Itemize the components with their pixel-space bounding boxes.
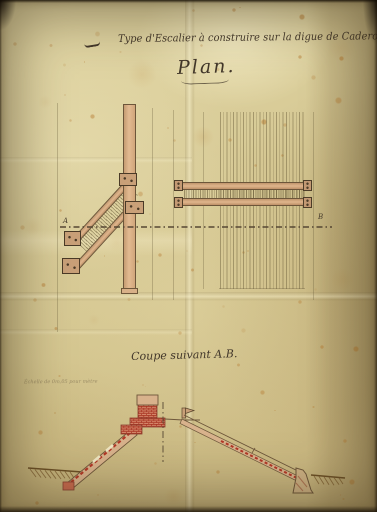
landing-post-plan — [123, 104, 136, 290]
masonry-steps — [221, 441, 301, 480]
photo-edge-left — [0, 0, 2, 512]
stair-foot-block — [63, 482, 74, 490]
hatching-bottom-edge — [219, 288, 305, 289]
beam-end-cap — [174, 197, 183, 208]
axis-label-a: A — [63, 217, 68, 225]
pier-cap-stone — [137, 395, 158, 405]
pencil-guideline — [152, 108, 153, 300]
landing-post-foot — [121, 288, 138, 294]
handrail-beam-lower-plan — [178, 198, 306, 206]
horizontal-fold-crease-lower — [0, 329, 192, 335]
pier-masonry-body — [138, 405, 157, 418]
photo-corner-dark-tl — [0, 0, 16, 30]
pier-footing-step-lower — [121, 425, 142, 434]
beam-end-cap — [303, 180, 312, 191]
horizontal-fold-crease-upper — [0, 157, 192, 163]
scale-note: Échelle de 0m,05 pour mètre — [24, 378, 98, 384]
photo-edge-top — [0, 0, 377, 3]
stair-flight-section — [67, 429, 137, 489]
joint-bracket — [125, 201, 144, 214]
footing-buttress — [293, 468, 313, 493]
beam-end-cap — [174, 180, 183, 191]
handrail-beam-upper-plan — [178, 182, 306, 190]
photo-edge-bottom — [0, 506, 377, 512]
joint-bracket — [62, 258, 80, 274]
axis-label-b: B — [318, 213, 323, 221]
joint-bracket — [64, 231, 81, 246]
section-label: Coupe suivant A.B. — [131, 347, 238, 363]
pencil-guideline — [57, 103, 58, 332]
ground-line — [311, 475, 345, 478]
photographed-drawing: Type d'Escalier à construire sur la digu… — [0, 0, 377, 512]
post-bracket-flag — [186, 408, 195, 414]
handrail-post-section — [182, 408, 186, 418]
section-axis-line-ab — [60, 226, 332, 228]
joint-bracket — [119, 173, 137, 186]
pencil-guideline — [313, 112, 314, 300]
section-left-drawing — [20, 388, 200, 504]
photo-corner-dark-tr — [363, 0, 377, 44]
handrail-line-section — [184, 415, 306, 475]
beam-end-cap — [303, 197, 312, 208]
section-right-drawing — [175, 398, 350, 502]
